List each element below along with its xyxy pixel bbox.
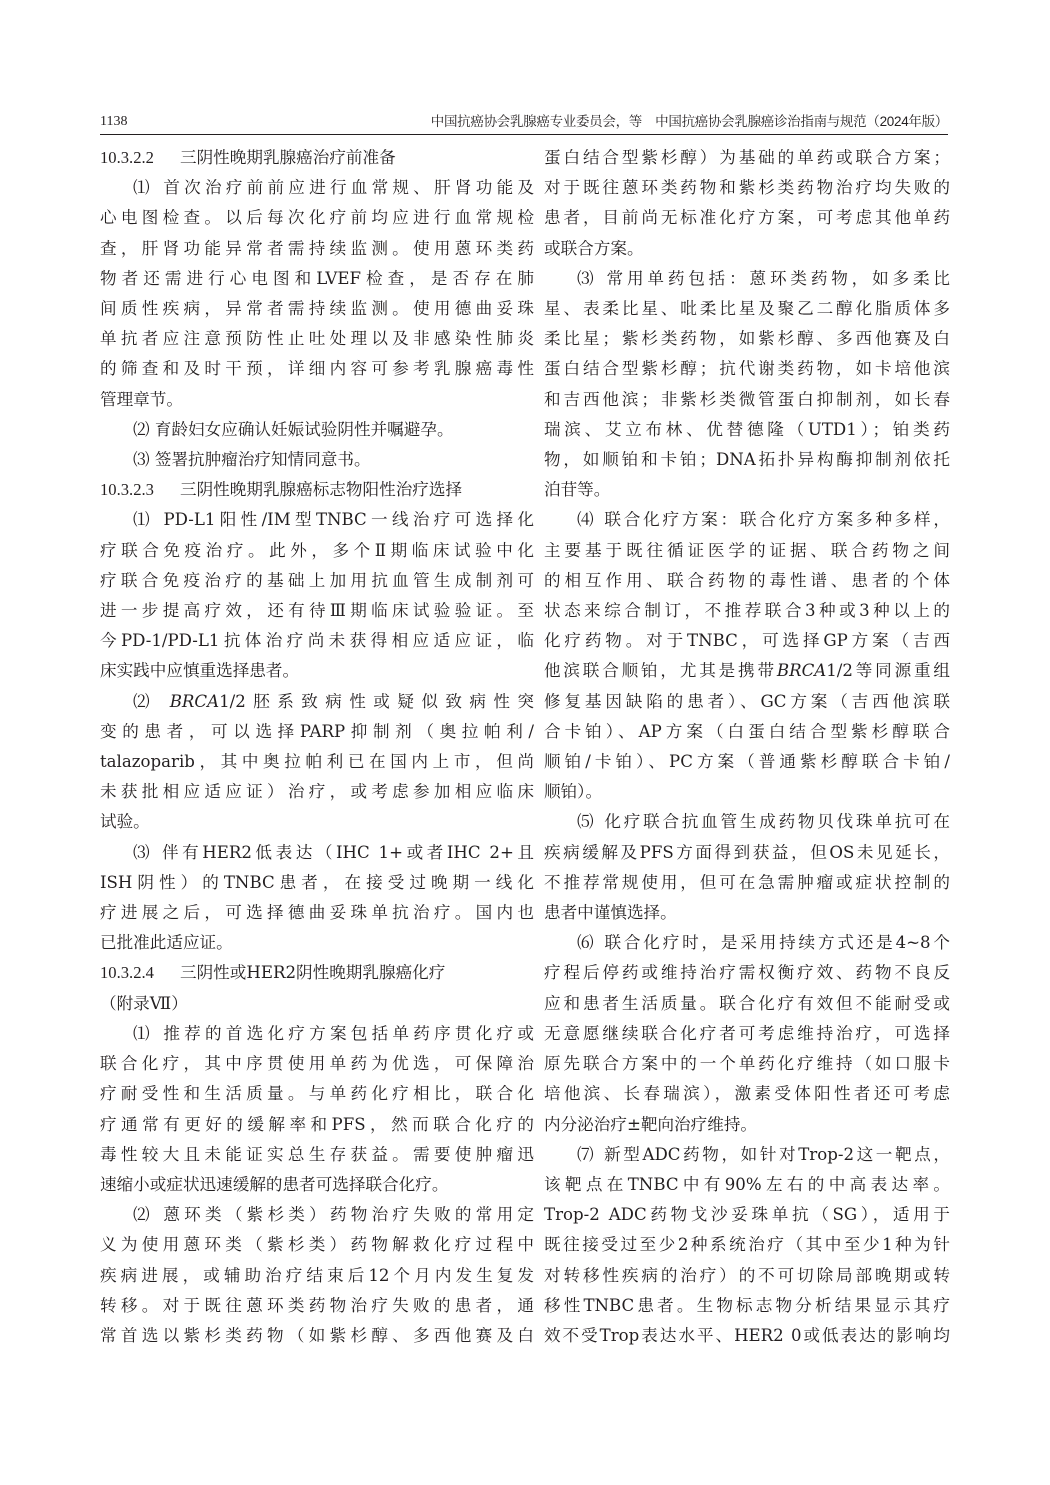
- line-text: 培他滨、长春瑞滨），激素受体阳性者还可考虑: [544, 1084, 950, 1103]
- paragraph-line: 蛋白结合型紫杉醇；抗代谢类药物，如卡培他滨: [544, 354, 950, 384]
- paragraph-line: 疾病缓解及PFS方面得到获益，但OS未见延长，: [544, 838, 950, 868]
- line-text: 无意愿继续联合化疗者可考虑维持治疗，可选择: [544, 1024, 950, 1043]
- paragraph-line: 主要基于既往循证医学的证据、联合药物之间: [544, 536, 950, 566]
- line-text: 星、表柔比星、吡柔比星及聚乙二醇化脂质体多: [544, 299, 950, 318]
- paragraph-line: 瑞滨、艾立布林、优替德隆（UTD1）；铂类药: [544, 415, 950, 445]
- line-text: 1/2等同源重组: [826, 661, 950, 680]
- line-text: talazoparib，其中奥拉帕利已在国内上市，但尚: [100, 752, 534, 771]
- right-column: 蛋白结合型紫杉醇）为基础的单药或联合方案；对于既往蒽环类药物和紫杉类药物治疗均失…: [544, 143, 950, 1351]
- paragraph-line: 泊苷等。: [544, 475, 950, 505]
- paragraph-line: 毒性较大且未能证实总生存获益。需要使肿瘤迅: [100, 1140, 534, 1170]
- line-text: 或联合方案。: [544, 239, 644, 258]
- paragraph-line: ⑵ BRCA1/2胚系致病性或疑似致病性突: [100, 687, 534, 717]
- line-text: 毒性较大且未能证实总生存获益。需要使肿瘤迅: [100, 1145, 534, 1164]
- line-text: 管理章节。: [100, 390, 183, 409]
- line-text: 移性TNBC患者。生物标志物分析结果显示其疗: [544, 1296, 950, 1315]
- line-text: 物，如顺铂和卡铂；DNA拓扑异构酶抑制剂依托: [544, 450, 950, 469]
- line-text: 既往接受过至少2种系统治疗（其中至少1种为针: [544, 1235, 950, 1254]
- line-text: 蛋白结合型紫杉醇）为基础的单药或联合方案；: [544, 148, 950, 167]
- paragraph-line: 对转移性疾病的治疗）的不可切除局部晚期或转: [544, 1261, 950, 1291]
- line-text: 间质性疾病，异常者需持续监测。使用德曲妥珠: [100, 299, 534, 318]
- line-text: ⑴ PD-L1阳性/IM型TNBC一线治疗可选择化: [133, 510, 534, 529]
- line-text: 床实践中应慎重选择患者。: [100, 661, 299, 680]
- line-text: 疾病缓解及PFS方面得到获益，但OS未见延长，: [544, 843, 950, 862]
- gene-name: BRCA: [170, 692, 219, 711]
- line-text: 应和患者生活质量。联合化疗有效但不能耐受或: [544, 994, 950, 1013]
- line-text: 柔比星；紫杉类药物，如紫杉醇、多西他赛及白: [544, 329, 950, 348]
- paragraph-line: 试验。: [100, 807, 534, 837]
- paragraph-line: 物者还需进行心电图和LVEF检查，是否存在肺: [100, 264, 534, 294]
- line-text: ⑹ 联合化疗时，是采用持续方式还是4~8个: [577, 933, 950, 952]
- line-text: 合卡铂）、AP方案（白蛋白结合型紫杉醇联合: [544, 722, 950, 741]
- section-heading: 10.3.2.2三阴性晚期乳腺癌治疗前准备: [100, 143, 534, 173]
- line-text: 义为使用蒽环类（紫杉类）药物解救化疗过程中: [100, 1235, 534, 1254]
- paragraph-line: 内分泌治疗±靶向治疗维持。: [544, 1110, 950, 1140]
- paragraph-line: 患者中谨慎选择。: [544, 898, 950, 928]
- line-text: 蛋白结合型紫杉醇；抗代谢类药物，如卡培他滨: [544, 359, 950, 378]
- line-text: ⑸ 化疗联合抗血管生成药物贝伐珠单抗可在: [577, 812, 950, 831]
- line-text: 泊苷等。: [544, 480, 610, 499]
- line-text: 疗程后停药或维持治疗需权衡疗效、药物不良反: [544, 963, 950, 982]
- paragraph-line: 修复基因缺陷的患者）、GC方案（吉西他滨联: [544, 687, 950, 717]
- paragraph-line: 单抗者应注意预防性止吐处理以及非感染性肺炎: [100, 324, 534, 354]
- section-number: 10.3.2.2: [100, 143, 180, 173]
- line-text: 试验。: [100, 812, 150, 831]
- line-text: ⑵ 育龄妇女应确认妊娠试验阴性并嘱避孕。: [133, 420, 454, 439]
- line-text: 状态来综合制订，不推荐联合3种或3种以上的: [544, 601, 950, 620]
- section-number: 10.3.2.4: [100, 958, 180, 988]
- paragraph-line: 疾病进展，或辅助治疗结束后12个月内发生复发: [100, 1261, 534, 1291]
- line-text: 速缩小或症状迅速缓解的患者可选择联合化疗。: [100, 1175, 448, 1194]
- line-text: ⑶ 伴有HER2低表达（IHC 1+或者IHC 2+且: [133, 843, 534, 862]
- line-text: ⑴ 首次治疗前前应进行血常规、肝肾功能及: [133, 178, 534, 197]
- paragraph-line: 合卡铂）、AP方案（白蛋白结合型紫杉醇联合: [544, 717, 950, 747]
- line-text: 转移。对于既往蒽环类药物治疗失败的患者，通: [100, 1296, 534, 1315]
- paragraph-line: 既往接受过至少2种系统治疗（其中至少1种为针: [544, 1230, 950, 1260]
- paragraph-line: 移性TNBC患者。生物标志物分析结果显示其疗: [544, 1291, 950, 1321]
- paragraph-line: 间质性疾病，异常者需持续监测。使用德曲妥珠: [100, 294, 534, 324]
- line-text: 疾病进展，或辅助治疗结束后12个月内发生复发: [100, 1266, 534, 1285]
- paragraph-line: 的相互作用、联合药物的毒性谱、患者的个体: [544, 566, 950, 596]
- line-text: Trop-2 ADC药物戈沙妥珠单抗（SG），适用于: [544, 1205, 950, 1224]
- line-text: 该靶点在TNBC中有90%左右的中高表达率。: [544, 1175, 950, 1194]
- line-text: 常首选以紫杉类药物（如紫杉醇、多西他赛及白: [100, 1326, 534, 1345]
- paragraph-line: 速缩小或症状迅速缓解的患者可选择联合化疗。: [100, 1170, 534, 1200]
- line-text: 不推荐常规使用，但可在急需肿瘤或症状控制的: [544, 873, 950, 892]
- line-text: 联合化疗，其中序贯使用单药为优选，可保障治: [100, 1054, 534, 1073]
- paragraph-line: ⑵ 蒽环类（紫杉类）药物治疗失败的常用定: [100, 1200, 534, 1230]
- line-text: 内分泌治疗±靶向治疗维持。: [544, 1115, 757, 1134]
- paragraph-line: 义为使用蒽环类（紫杉类）药物解救化疗过程中: [100, 1230, 534, 1260]
- paragraph-line: 效不受Trop表达水平、HER2 0或低表达的影响均: [544, 1321, 950, 1351]
- line-text: 和吉西他滨；非紫杉类微管蛋白抑制剂，如长春: [544, 390, 950, 409]
- line-text: 顺铂）。: [544, 782, 602, 801]
- line-text: 疗进展之后，可选择德曲妥珠单抗治疗。国内也: [100, 903, 534, 922]
- paragraph-line: ⑶ 签署抗肿瘤治疗知情同意书。: [100, 445, 534, 475]
- paragraph-line: 疗联合免疫治疗。此外，多个Ⅱ期临床试验中化: [100, 536, 534, 566]
- section-heading: 10.3.2.4三阴性或HER2阴性晚期乳腺癌化疗: [100, 958, 534, 988]
- paragraph-line: 该靶点在TNBC中有90%左右的中高表达率。: [544, 1170, 950, 1200]
- paragraph-line: ISH阴性）的TNBC患者，在接受过晚期一线化: [100, 868, 534, 898]
- paragraph-line: 顺铂）。: [544, 777, 950, 807]
- paragraph-line: ⑺ 新型ADC药物，如针对Trop-2这一靶点，: [544, 1140, 950, 1170]
- line-text: 疗通常有更好的缓解率和PFS，然而联合化疗的: [100, 1115, 534, 1134]
- paragraph-line: 今PD-1/PD-L1抗体治疗尚未获得相应适应证，临: [100, 626, 534, 656]
- line-text: 主要基于既往循证医学的证据、联合药物之间: [544, 541, 950, 560]
- paragraph-line: 疗进展之后，可选择德曲妥珠单抗治疗。国内也: [100, 898, 534, 928]
- paragraph-line: 常首选以紫杉类药物（如紫杉醇、多西他赛及白: [100, 1321, 534, 1351]
- line-text: ⑷ 联合化疗方案：联合化疗方案多种多样，: [577, 510, 950, 529]
- line-text: 修复基因缺陷的患者）、GC方案（吉西他滨联: [544, 692, 950, 711]
- paragraph-line: 查，肝肾功能异常者需持续监测。使用蒽环类药: [100, 234, 534, 264]
- paragraph-line: 患者，目前尚无标准化疗方案，可考虑其他单药: [544, 203, 950, 233]
- line-text: 变的患者，可以选择PARP抑制剂（奥拉帕利/: [100, 722, 534, 741]
- paragraph-line: 和吉西他滨；非紫杉类微管蛋白抑制剂，如长春: [544, 385, 950, 415]
- paragraph-line: 管理章节。: [100, 385, 534, 415]
- paragraph-line: ⑶ 常用单药包括：蒽环类药物，如多柔比: [544, 264, 950, 294]
- paragraph-line: 已批准此适应证。: [100, 928, 534, 958]
- paragraph-line: 星、表柔比星、吡柔比星及聚乙二醇化脂质体多: [544, 294, 950, 324]
- paragraph-line: 变的患者，可以选择PARP抑制剂（奥拉帕利/: [100, 717, 534, 747]
- paragraph-line: 他滨联合顺铂，尤其是携带BRCA1/2等同源重组: [544, 656, 950, 686]
- line-text: ⑵ 蒽环类（紫杉类）药物治疗失败的常用定: [133, 1205, 534, 1224]
- line-text: 已批准此适应证。: [100, 933, 233, 952]
- paragraph-line: 状态来综合制订，不推荐联合3种或3种以上的: [544, 596, 950, 626]
- paragraph-line: ⑷ 联合化疗方案：联合化疗方案多种多样，: [544, 505, 950, 535]
- paragraph-line: 不推荐常规使用，但可在急需肿瘤或症状控制的: [544, 868, 950, 898]
- line-text: 化疗药物。对于TNBC，可选择GP方案（吉西: [544, 631, 950, 650]
- section-title: 三阴性或HER2阴性晚期乳腺癌化疗: [180, 963, 445, 982]
- line-text: ⑶ 常用单药包括：蒽环类药物，如多柔比: [577, 269, 950, 288]
- line-text: 效不受Trop表达水平、HER2 0或低表达的影响均: [544, 1326, 950, 1345]
- section-heading: 10.3.2.3三阴性晚期乳腺癌标志物阳性治疗选择: [100, 475, 534, 505]
- line-text: 的筛查和及时干预，详细内容可参考乳腺癌毒性: [100, 359, 534, 378]
- line-text: 患者，目前尚无标准化疗方案，可考虑其他单药: [544, 208, 950, 227]
- running-header: 1138 中国抗癌协会乳腺癌专业委员会，等 中国抗癌协会乳腺癌诊治指南与规范（2…: [100, 112, 948, 135]
- line-text: 疗联合免疫治疗。此外，多个Ⅱ期临床试验中化: [100, 541, 534, 560]
- paragraph-line: ⑴ 首次治疗前前应进行血常规、肝肾功能及: [100, 173, 534, 203]
- line-text: 1/2胚系致病性或疑似致病性突: [219, 692, 534, 711]
- paragraph-line: 联合化疗，其中序贯使用单药为优选，可保障治: [100, 1049, 534, 1079]
- line-text: 对转移性疾病的治疗）的不可切除局部晚期或转: [544, 1266, 950, 1285]
- section-title: 三阴性晚期乳腺癌标志物阳性治疗选择: [180, 480, 462, 499]
- paragraph-line: 无意愿继续联合化疗者可考虑维持治疗，可选择: [544, 1019, 950, 1049]
- line-text: （附录Ⅶ）: [100, 994, 188, 1013]
- line-text: 未获批相应适应证）治疗，或考虑参加相应临床: [100, 782, 534, 801]
- paragraph-line: ⑵ 育龄妇女应确认妊娠试验阴性并嘱避孕。: [100, 415, 534, 445]
- paragraph-line: 疗通常有更好的缓解率和PFS，然而联合化疗的: [100, 1110, 534, 1140]
- paragraph-line: ⑸ 化疗联合抗血管生成药物贝伐珠单抗可在: [544, 807, 950, 837]
- paragraph-line: 应和患者生活质量。联合化疗有效但不能耐受或: [544, 989, 950, 1019]
- gene-name: BRCA: [777, 661, 826, 680]
- line-text: 患者中谨慎选择。: [544, 903, 677, 922]
- running-title: 中国抗癌协会乳腺癌专业委员会，等 中国抗癌协会乳腺癌诊治指南与规范（2024年版…: [431, 112, 948, 132]
- paragraph-line: 转移。对于既往蒽环类药物治疗失败的患者，通: [100, 1291, 534, 1321]
- paragraph-line: 柔比星；紫杉类药物，如紫杉醇、多西他赛及白: [544, 324, 950, 354]
- line-text: 进一步提高疗效，还有待Ⅲ期临床试验验证。至: [100, 601, 534, 620]
- line-text: ISH阴性）的TNBC患者，在接受过晚期一线化: [100, 873, 534, 892]
- line-text: 查，肝肾功能异常者需持续监测。使用蒽环类药: [100, 239, 534, 258]
- paragraph-line: 疗程后停药或维持治疗需权衡疗效、药物不良反: [544, 958, 950, 988]
- line-text: ⑴ 推荐的首选化疗方案包括单药序贯化疗或: [133, 1024, 534, 1043]
- line-text: 瑞滨、艾立布林、优替德隆（UTD1）；铂类药: [544, 420, 950, 439]
- paragraph-line: （附录Ⅶ）: [100, 989, 534, 1019]
- paragraph-line: ⑶ 伴有HER2低表达（IHC 1+或者IHC 2+且: [100, 838, 534, 868]
- line-text: 疗耐受性和生活质量。与单药化疗相比，联合化: [100, 1084, 534, 1103]
- paragraph-line: ⑹ 联合化疗时，是采用持续方式还是4~8个: [544, 928, 950, 958]
- line-text: 单抗者应注意预防性止吐处理以及非感染性肺炎: [100, 329, 534, 348]
- page-number: 1138: [100, 112, 127, 132]
- line-text: ⑶ 签署抗肿瘤治疗知情同意书。: [133, 450, 371, 469]
- paragraph-line: 原先联合方案中的一个单药化疗维持（如口服卡: [544, 1049, 950, 1079]
- line-text: ⑺ 新型ADC药物，如针对Trop-2这一靶点，: [577, 1145, 950, 1164]
- paragraph-line: ⑴ 推荐的首选化疗方案包括单药序贯化疗或: [100, 1019, 534, 1049]
- paragraph-line: 床实践中应慎重选择患者。: [100, 656, 534, 686]
- paragraph-line: Trop-2 ADC药物戈沙妥珠单抗（SG），适用于: [544, 1200, 950, 1230]
- line-text: 的相互作用、联合药物的毒性谱、患者的个体: [544, 571, 950, 590]
- line-text: 对于既往蒽环类药物和紫杉类药物治疗均失败的: [544, 178, 950, 197]
- line-text: 顺铂/卡铂）、PC方案（普通紫杉醇联合卡铂/: [544, 752, 950, 771]
- paragraph-line: 顺铂/卡铂）、PC方案（普通紫杉醇联合卡铂/: [544, 747, 950, 777]
- paragraph-line: ⑴ PD-L1阳性/IM型TNBC一线治疗可选择化: [100, 505, 534, 535]
- paragraph-line: 蛋白结合型紫杉醇）为基础的单药或联合方案；: [544, 143, 950, 173]
- paragraph-line: 培他滨、长春瑞滨），激素受体阳性者还可考虑: [544, 1079, 950, 1109]
- paragraph-line: 的筛查和及时干预，详细内容可参考乳腺癌毒性: [100, 354, 534, 384]
- line-text: 心电图检查。以后每次化疗前均应进行血常规检: [100, 208, 534, 227]
- paragraph-line: 未获批相应适应证）治疗，或考虑参加相应临床: [100, 777, 534, 807]
- left-column: 10.3.2.2三阴性晚期乳腺癌治疗前准备⑴ 首次治疗前前应进行血常规、肝肾功能…: [100, 143, 534, 1351]
- line-text: 物者还需进行心电图和LVEF检查，是否存在肺: [100, 269, 534, 288]
- section-title: 三阴性晚期乳腺癌治疗前准备: [180, 148, 396, 167]
- paragraph-line: 疗耐受性和生活质量。与单药化疗相比，联合化: [100, 1079, 534, 1109]
- paragraph-line: 疗联合免疫治疗的基础上加用抗血管生成制剂可: [100, 566, 534, 596]
- paragraph-line: 或联合方案。: [544, 234, 950, 264]
- paragraph-line: 对于既往蒽环类药物和紫杉类药物治疗均失败的: [544, 173, 950, 203]
- line-text: 原先联合方案中的一个单药化疗维持（如口服卡: [544, 1054, 950, 1073]
- line-text: 疗联合免疫治疗的基础上加用抗血管生成制剂可: [100, 571, 534, 590]
- line-text: 今PD-1/PD-L1抗体治疗尚未获得相应适应证，临: [100, 631, 534, 650]
- paragraph-line: 化疗药物。对于TNBC，可选择GP方案（吉西: [544, 626, 950, 656]
- section-number: 10.3.2.3: [100, 475, 180, 505]
- paragraph-line: 物，如顺铂和卡铂；DNA拓扑异构酶抑制剂依托: [544, 445, 950, 475]
- paragraph-line: talazoparib，其中奥拉帕利已在国内上市，但尚: [100, 747, 534, 777]
- paragraph-line: 心电图检查。以后每次化疗前均应进行血常规检: [100, 203, 534, 233]
- paragraph-line: 进一步提高疗效，还有待Ⅲ期临床试验验证。至: [100, 596, 534, 626]
